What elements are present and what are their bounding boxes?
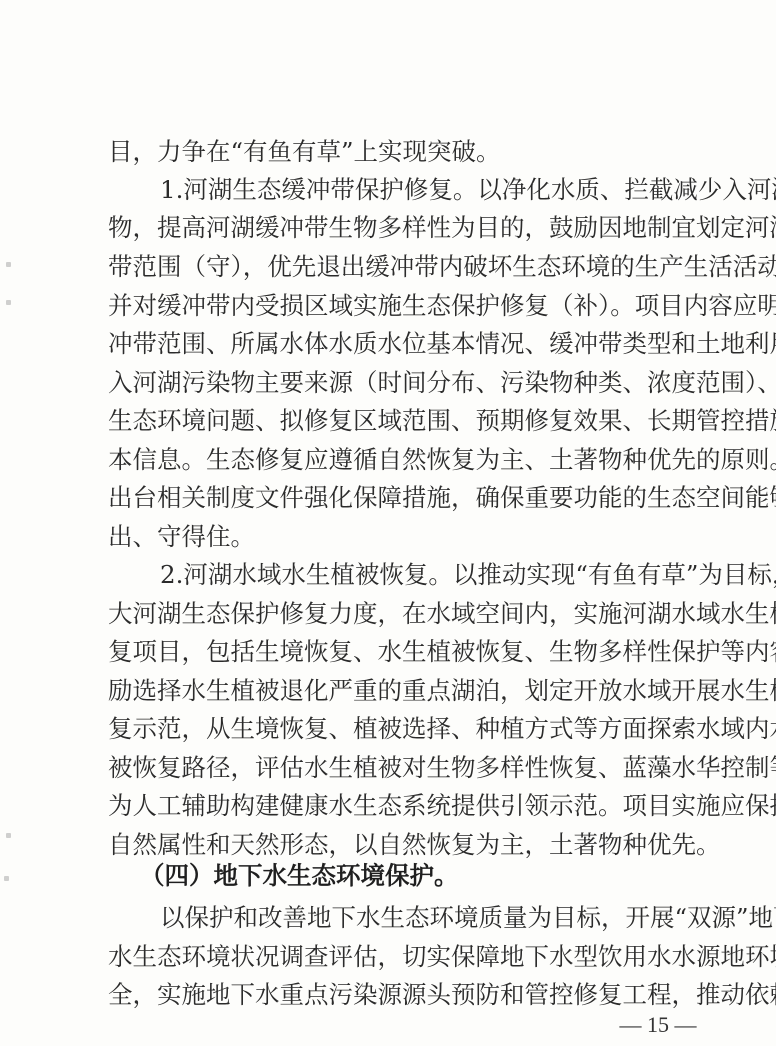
text-line: 大河湖生态保护修复力度，在水域空间内，实施河湖水域水生植被恢 <box>108 596 698 632</box>
section-heading: （四）地下水生态环境保护。 <box>140 858 678 894</box>
text-line: 励选择水生植被退化严重的重点湖泊，划定开放水域开展水生植被恢 <box>108 673 698 709</box>
text-line: 出、守得住。 <box>108 519 698 555</box>
text-line: 冲带范围、所属水体水质水位基本情况、缓冲带类型和土地利用情况、 <box>108 326 698 362</box>
text-line: 被恢复路径，评估水生植被对生物多样性恢复、蓝藻水华控制等影响， <box>108 750 698 786</box>
text-line: 目，力争在“有鱼有草”上实现突破。 <box>108 134 698 170</box>
text-line: 物，提高河湖缓冲带生物多样性为目的，鼓励因地制宜划定河湖缓冲 <box>108 210 698 246</box>
page-number: — 15 — <box>608 1010 708 1040</box>
text-line: 全，实施地下水重点污染源源头预防和管控修复工程，推动依赖地 <box>108 977 698 1013</box>
scan-margin-mark <box>6 833 11 838</box>
text-line: 水生态环境状况调查评估，切实保障地下水型饮用水水源地环境安 <box>108 939 698 975</box>
paragraph-2-heading-line: 2.河湖水域水生植被恢复。以推动实现“有鱼有草”为目标，加 <box>160 557 698 593</box>
scan-margin-mark <box>6 262 11 267</box>
text-line: 以保护和改善地下水生态环境质量为目标，开展“双源”地下 <box>160 900 698 936</box>
text-line: 复示范，从生境恢复、植被选择、种植方式等方面探索水域内水生植 <box>108 711 698 747</box>
text-line: 为人工辅助构建健康水生态系统提供引领示范。项目实施应保持河湖 <box>108 788 698 824</box>
text-line: 并对缓冲带内受损区域实施生态保护修复（补）。项目内容应明确缓 <box>108 288 698 324</box>
scan-margin-mark <box>4 876 9 881</box>
document-page: 目，力争在“有鱼有草”上实现突破。 1.河湖生态缓冲带保护修复。以净化水质、拦截… <box>0 0 776 1046</box>
paragraph-1-heading-line: 1.河湖生态缓冲带保护修复。以净化水质、拦截减少入河湖污染 <box>160 172 698 208</box>
text-line: 带范围（守），优先退出缓冲带内破坏生态环境的生产生活活动（退）， <box>108 249 698 285</box>
text-line: 出台相关制度文件强化保障措施，确保重要功能的生态空间能够退得 <box>108 480 698 516</box>
text-line: 生态环境问题、拟修复区域范围、预期修复效果、长期管控措施等基 <box>108 403 698 439</box>
scan-margin-mark <box>6 300 11 305</box>
text-line: 入河湖污染物主要来源（时间分布、污染物种类、浓度范围）、主要 <box>108 365 698 401</box>
text-line: 复项目，包括生境恢复、水生植被恢复、生物多样性保护等内容。鼓 <box>108 634 698 670</box>
text-line: 本信息。生态修复应遵循自然恢复为主、土著物种优先的原则。鼓励 <box>108 442 698 478</box>
